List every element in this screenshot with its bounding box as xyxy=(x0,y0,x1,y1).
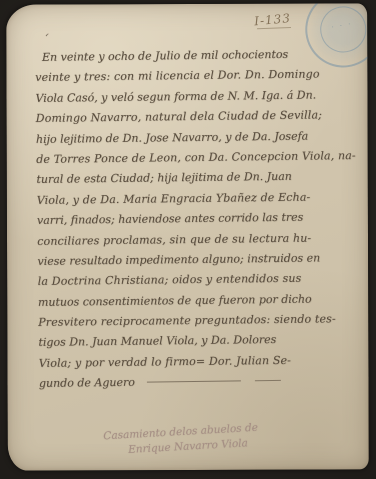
signature-flourish-short xyxy=(255,380,281,381)
manuscript-line: de Torres Ponce de Leon, con Da. Concepc… xyxy=(36,146,352,170)
ink-blot-mark: ʻ xyxy=(43,31,53,45)
photo-background: I-133 · · · ʻ En veinte y ocho de Julio … xyxy=(0,0,376,479)
manuscript-page: I-133 · · · ʻ En veinte y ocho de Julio … xyxy=(6,3,369,470)
pencil-annotation: Casamiento delos abuelos de Enrique Nava… xyxy=(103,421,259,460)
manuscript-line-text: gundo de Aguero xyxy=(39,376,135,390)
manuscript-signature-line: gundo de Aguero xyxy=(39,370,355,394)
page-number: I-133 xyxy=(254,11,292,28)
manuscript-text-block: En veinte y ocho de Julio de mil ochocie… xyxy=(35,44,355,394)
manuscript-line: viese resultado impedimento alguno; inst… xyxy=(37,248,353,272)
signature-flourish xyxy=(147,381,241,383)
manuscript-line: Viola, y de Da. Maria Engracia Ybañez de… xyxy=(37,187,353,211)
